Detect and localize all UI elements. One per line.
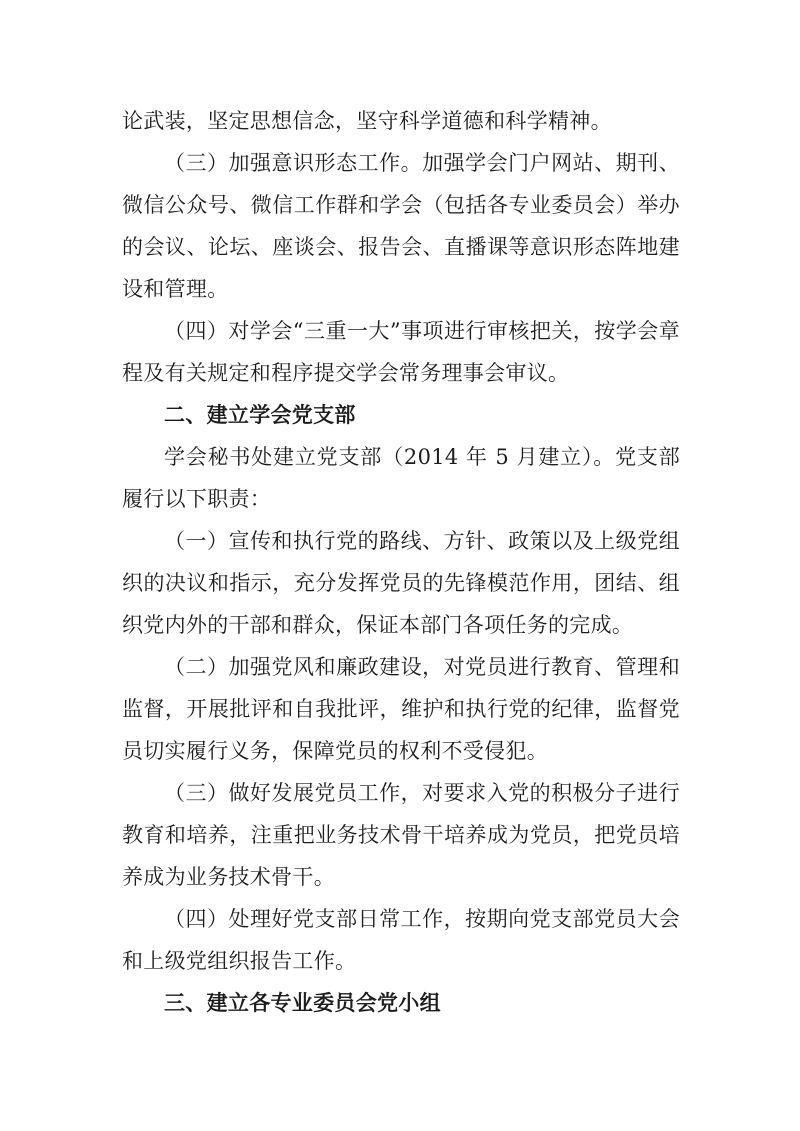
paragraph-item-3-ideology: （三）加强意识形态工作。加强学会门户网站、期刊、微信公众号、微信工作群和学会（包… xyxy=(122,142,680,310)
paragraph-branch-founding: 学会秘书处建立党支部（2014 年 5 月建立）。党支部履行以下职责： xyxy=(122,436,680,520)
section-heading-3: 三、建立各专业委员会党小组 xyxy=(122,982,680,1024)
paragraph-duty-1: （一）宣传和执行党的路线、方针、政策以及上级党组织的决议和指示，充分发挥党员的先… xyxy=(122,520,680,646)
paragraph-duty-3: （三）做好发展党员工作，对要求入党的积极分子进行教育和培养，注重把业务技术骨干培… xyxy=(122,772,680,898)
paragraph-item-4-review: （四）对学会“三重一大”事项进行审核把关，按学会章程及有关规定和程序提交学会常务… xyxy=(122,310,680,394)
paragraph-duty-2: （二）加强党风和廉政建设，对党员进行教育、管理和监督，开展批评和自我批评，维护和… xyxy=(122,646,680,772)
section-heading-2: 二、建立学会党支部 xyxy=(122,394,680,436)
paragraph-continuation: 论武装，坚定思想信念，坚守科学道德和科学精神。 xyxy=(122,100,680,142)
document-page: 论武装，坚定思想信念，坚守科学道德和科学精神。 （三）加强意识形态工作。加强学会… xyxy=(0,0,800,1131)
paragraph-duty-4: （四）处理好党支部日常工作，按期向党支部党员大会和上级党组织报告工作。 xyxy=(122,898,680,982)
document-body: 论武装，坚定思想信念，坚守科学道德和科学精神。 （三）加强意识形态工作。加强学会… xyxy=(122,100,680,1024)
